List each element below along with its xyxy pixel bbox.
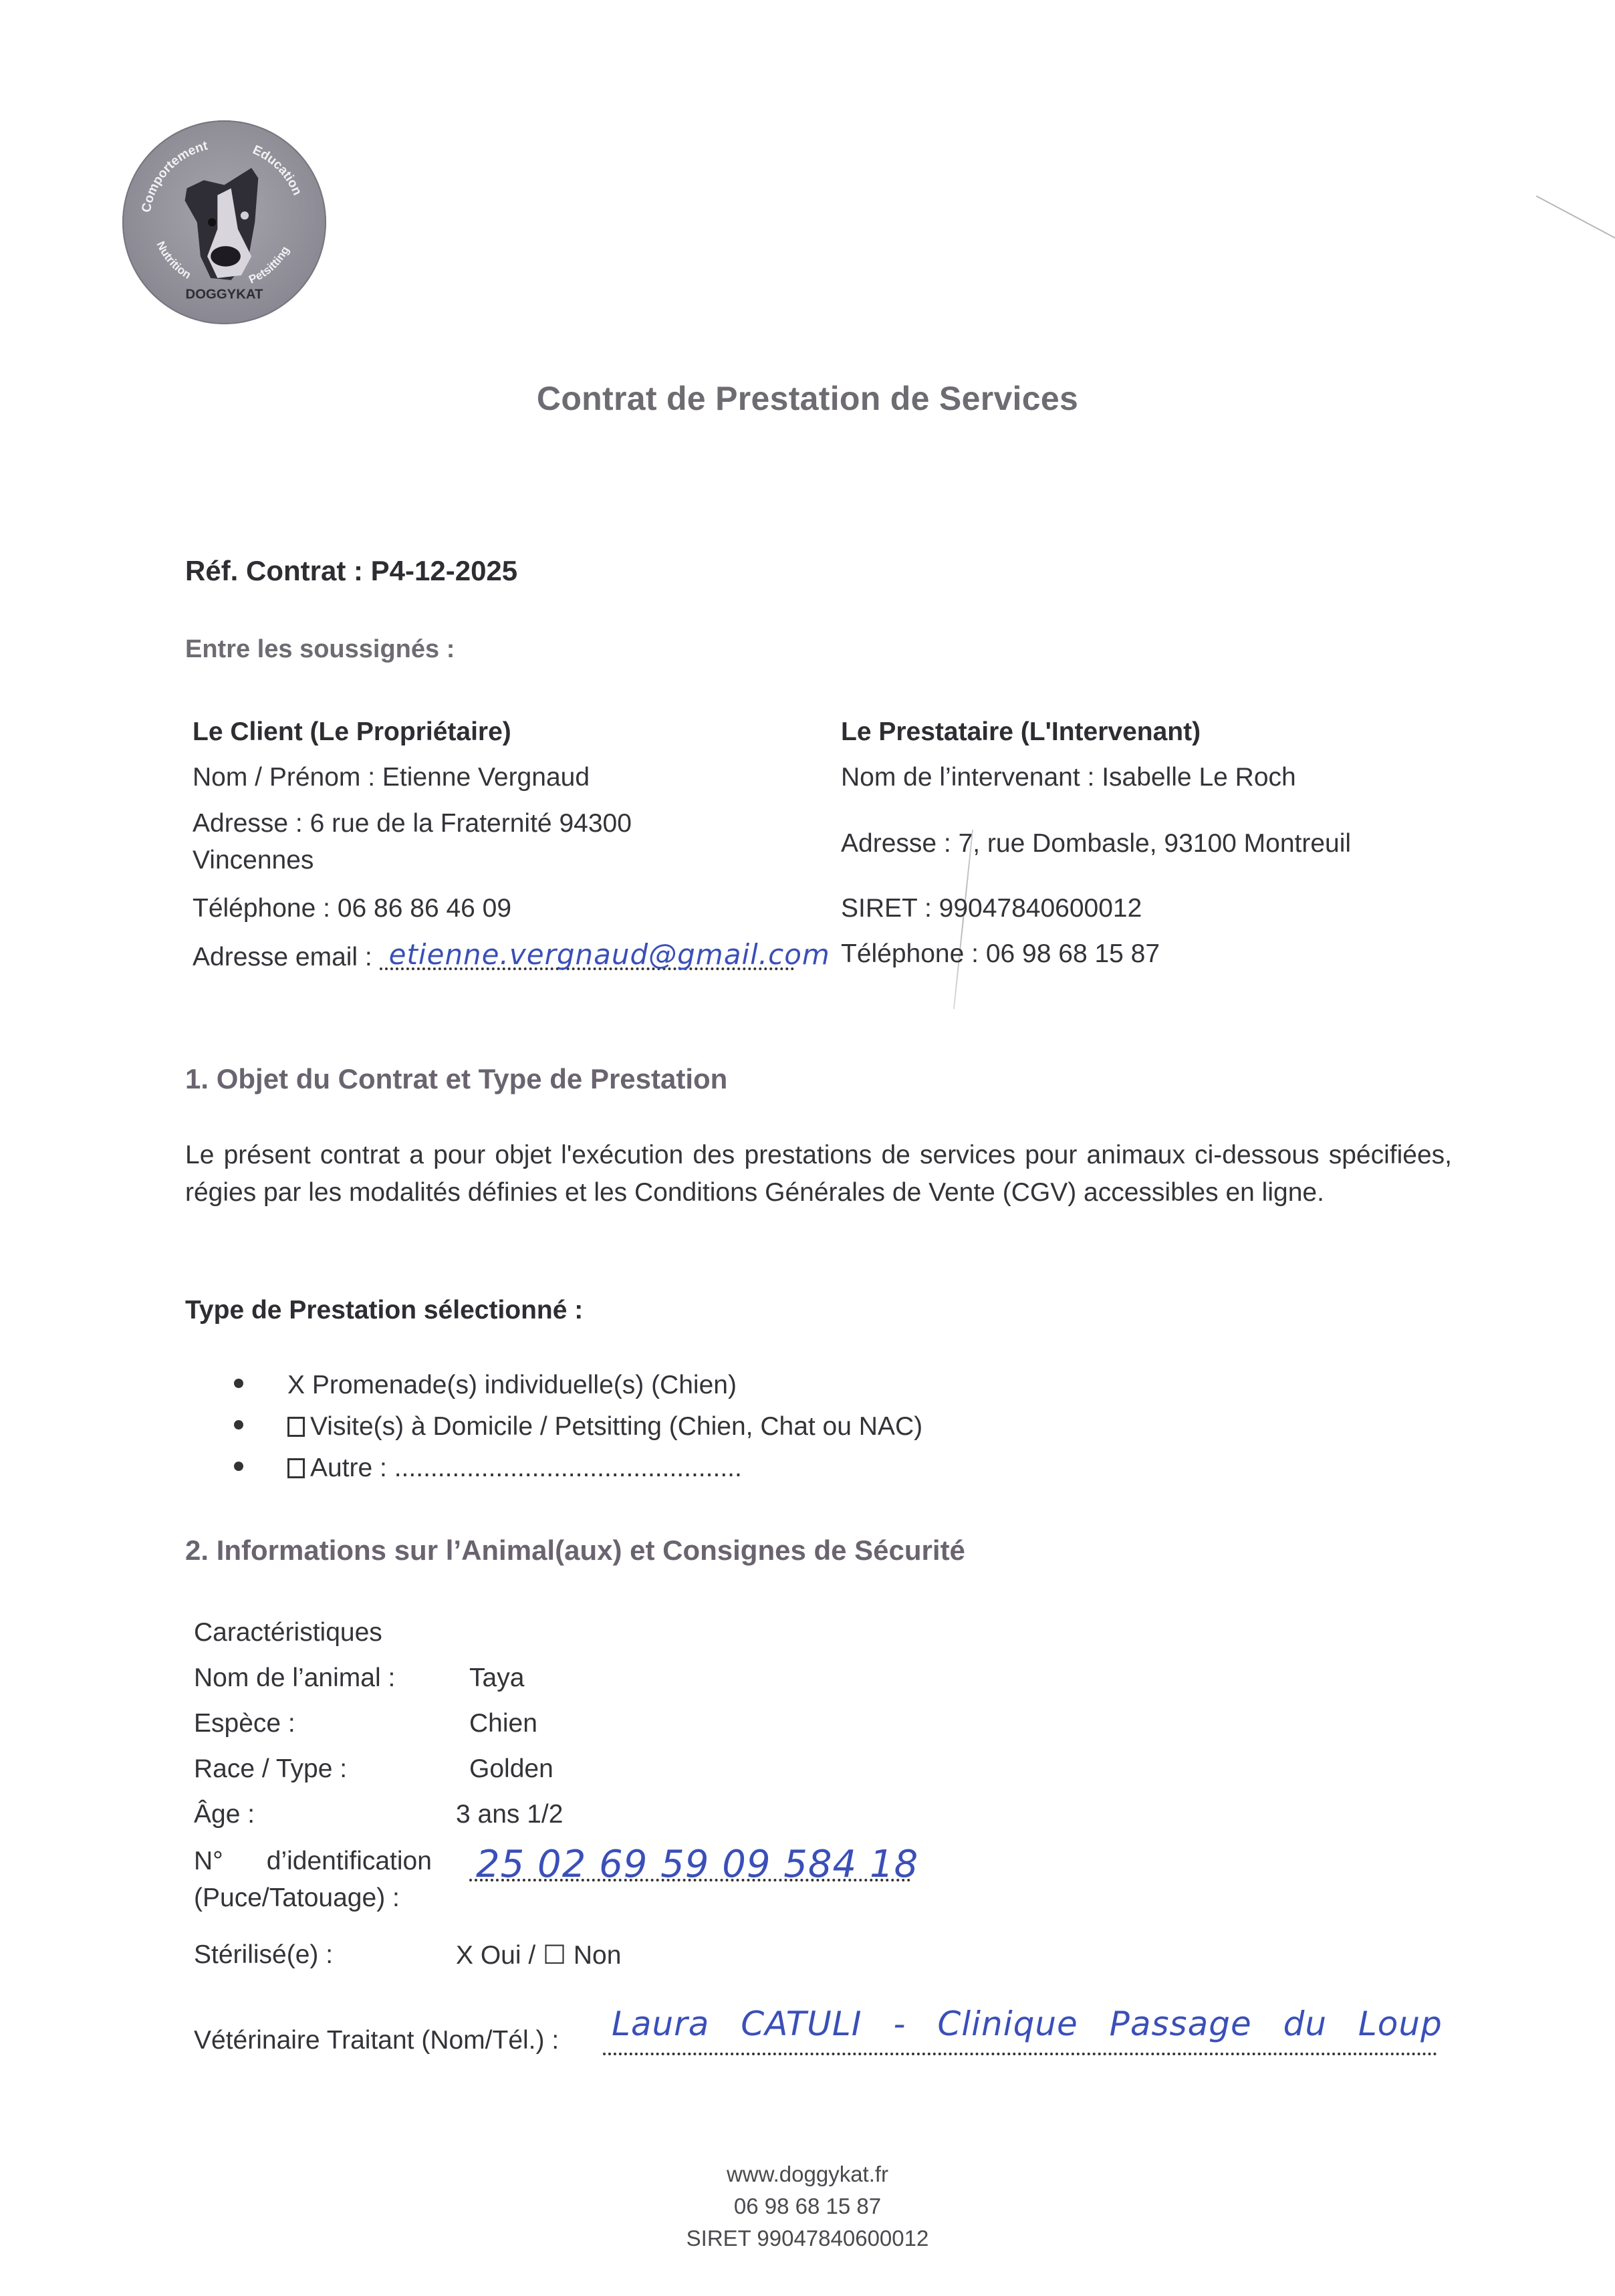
provider-name: Nom de l’intervenant : Isabelle Le Roch xyxy=(841,764,1296,790)
footer-phone: 06 98 68 15 87 xyxy=(0,2190,1615,2222)
svg-text:Education: Education xyxy=(251,143,304,197)
field-label: Âge : xyxy=(194,1800,255,1829)
section1-heading: 1. Objet du Contrat et Type de Prestatio… xyxy=(185,1063,727,1095)
animal-breed-value: Golden xyxy=(469,1754,553,1784)
id-label-line1: N° d’identification xyxy=(194,1847,432,1876)
client-phone: Téléphone : 06 86 86 46 09 xyxy=(193,895,511,921)
vet-handwritten: Laura CATULI - Clinique Passage du Loup xyxy=(612,2004,1443,2043)
provider-siret: SIRET : 99047840600012 xyxy=(841,895,1142,921)
vet-row: Vétérinaire Traitant (Nom/Tél.) : Laura … xyxy=(194,2026,559,2055)
dog-head-icon: Comportement Education Nutrition Petsitt… xyxy=(122,120,326,324)
client-email-label: Adresse email : xyxy=(193,943,372,971)
bullet-icon xyxy=(234,1420,243,1429)
service-option-label: Promenade(s) individuelle(s) (Chien) xyxy=(312,1371,737,1399)
animal-name-value: Taya xyxy=(469,1663,524,1693)
logo-ring-education: Education xyxy=(251,143,304,197)
provider-heading: Le Prestataire (L'Intervenant) xyxy=(841,719,1201,745)
footer: www.doggykat.fr 06 98 68 15 87 SIRET 990… xyxy=(0,2158,1615,2255)
checkbox-empty-icon[interactable] xyxy=(287,1417,305,1437)
logo-ring-petsitting: Petsitting xyxy=(247,244,292,286)
id-label-line2: (Puce/Tatouage) : xyxy=(194,1883,400,1913)
client-email-field[interactable]: etienne.vergnaud@gmail.com xyxy=(380,941,794,970)
doggykat-logo: Comportement Education Nutrition Petsitt… xyxy=(122,120,326,324)
scan-artifact xyxy=(1536,195,1615,240)
between-label: Entre les soussignés : xyxy=(185,635,455,664)
field-label: Stérilisé(e) : xyxy=(194,1940,333,1970)
document-title: Contrat de Prestation de Services xyxy=(0,379,1615,418)
field-label: Nom de l’animal : xyxy=(194,1663,395,1693)
id-number-handwritten: 25 02 69 59 09 584 18 xyxy=(476,1843,918,1886)
client-address-line1: Adresse : 6 rue de la Fraternité 94300 xyxy=(193,810,632,836)
checkbox-checked-mark[interactable]: X xyxy=(287,1371,305,1399)
section1-paragraph: Le présent contrat a pour objet l'exécut… xyxy=(185,1137,1452,1212)
section2-heading: 2. Informations sur l’Animal(aux) et Con… xyxy=(185,1534,965,1567)
vet-label: Vétérinaire Traitant (Nom/Tél.) : xyxy=(194,2026,559,2055)
provider-block: Le Prestataire (L'Intervenant) Nom de l’… xyxy=(841,719,1509,1000)
provider-phone: Téléphone : 06 98 68 15 87 xyxy=(841,941,1160,967)
svg-text:Nutrition: Nutrition xyxy=(154,239,193,281)
logo-brand: DOGGYKAT xyxy=(186,287,264,302)
footer-siret: SIRET 99047840600012 xyxy=(0,2222,1615,2255)
service-option-label: Visite(s) à Domicile / Petsitting (Chien… xyxy=(310,1412,922,1441)
service-type-heading: Type de Prestation sélectionné : xyxy=(185,1296,583,1325)
client-name: Nom / Prénom : Etienne Vergnaud xyxy=(193,764,590,790)
client-address-line2: Vincennes xyxy=(193,847,314,873)
provider-address: Adresse : 7, rue Dombasle, 93100 Montreu… xyxy=(841,830,1351,856)
bullet-icon xyxy=(234,1462,243,1471)
footer-website[interactable]: www.doggykat.fr xyxy=(0,2158,1615,2190)
client-heading: Le Client (Le Propriétaire) xyxy=(193,719,511,745)
field-label: Espèce : xyxy=(194,1709,295,1738)
caracteristiques-label: Caractéristiques xyxy=(194,1618,382,1647)
animal-age-value: 3 ans 1/2 xyxy=(456,1800,563,1829)
checkbox-empty-icon[interactable] xyxy=(287,1458,305,1478)
svg-text:Petsitting: Petsitting xyxy=(247,244,292,286)
client-block: Le Client (Le Propriétaire) Nom / Prénom… xyxy=(193,719,807,1000)
contract-reference: Réf. Contrat : P4-12-2025 xyxy=(185,555,517,587)
sterilise-value[interactable]: X Oui / ☐ Non xyxy=(456,1940,621,1970)
service-option-label: Autre : ................................… xyxy=(310,1454,742,1482)
bullet-icon xyxy=(234,1379,243,1388)
vet-field[interactable] xyxy=(603,2053,1437,2055)
animal-species-value: Chien xyxy=(469,1709,537,1738)
logo-ring-nutrition: Nutrition xyxy=(154,239,193,281)
field-label: Race / Type : xyxy=(194,1754,347,1784)
client-email-handwritten: etienne.vergnaud@gmail.com xyxy=(389,941,830,969)
